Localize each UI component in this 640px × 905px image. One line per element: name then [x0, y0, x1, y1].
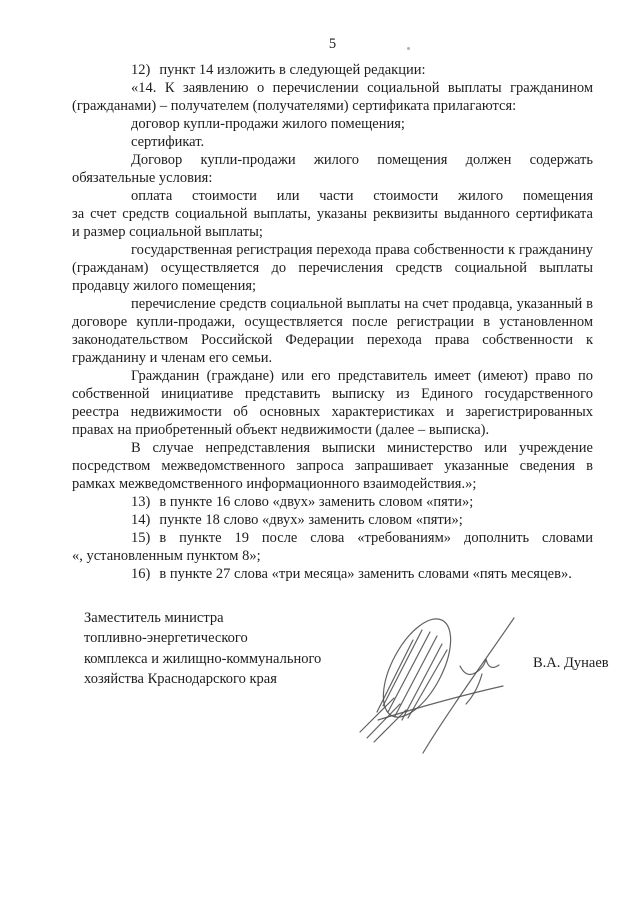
scan-artifact-dot [407, 47, 410, 50]
doc-line: договор купли-продажи жилого помещения; [72, 115, 593, 133]
doc-line: (гражданам) осуществляется до перечислен… [72, 259, 593, 277]
handwritten-signature-icon [350, 604, 525, 759]
doc-line: собственной инициативе представить выпис… [72, 385, 593, 403]
signer-title: Заместитель министра топливно-энергетиче… [84, 608, 364, 689]
doc-line: в пункте 27 слова «три месяца» заменить … [159, 566, 572, 582]
list-item-12: 12)пункт 14 изложить в следующей редакци… [72, 61, 593, 79]
doc-line: пункте 18 слово «двух» заменить словом «… [159, 512, 462, 528]
list-item-16: 16)в пункте 27 слова «три месяца» замени… [72, 565, 593, 583]
doc-line: продавцу жилого помещения; [72, 277, 593, 295]
doc-line: пункт 14 изложить в следующей редакции: [159, 62, 425, 78]
doc-line: реестра недвижимости об основных характе… [72, 403, 593, 421]
doc-line: рамках межведомственного информационного… [72, 475, 593, 493]
signer-title-line: комплекса и жилищно-коммунального [84, 649, 364, 669]
doc-line: правах на приобретенный объект недвижимо… [72, 421, 593, 439]
doc-line: (гражданами) – получателем (получателями… [72, 97, 593, 115]
doc-line: государственная регистрация перехода пра… [72, 241, 593, 259]
doc-line: В случае непредставления выписки министе… [72, 439, 593, 457]
doc-line: Гражданин (граждане) или его представите… [72, 367, 593, 385]
list-item-14: 14)пункте 18 слово «двух» заменить слово… [72, 511, 593, 529]
doc-line: посредством межведомственного запроса за… [72, 457, 593, 475]
doc-line: в пункте 19 после слова «требованиям» до… [159, 530, 593, 546]
doc-line: сертификат. [72, 133, 593, 151]
doc-line: Договор купли-продажи жилого помещения д… [72, 151, 593, 169]
doc-line: «14. К заявлению о перечислении социальн… [72, 79, 593, 97]
doc-line: в пункте 16 слово «двух» заменить словом… [159, 494, 473, 510]
doc-line: оплата стоимости или части стоимости жил… [72, 187, 593, 205]
doc-line: законодательством Российской Федерации п… [72, 331, 593, 349]
item-number: 15) [131, 530, 150, 546]
doc-line: гражданину и членам его семьи. [72, 349, 593, 367]
page-number: 5 [72, 36, 593, 53]
doc-line: перечисление средств социальной выплаты … [72, 295, 593, 313]
doc-line: обязательные условия: [72, 169, 593, 187]
item-number: 14) [131, 512, 150, 528]
doc-line: договоре купли-продажи, осуществляется п… [72, 313, 593, 331]
signer-title-line: топливно-энергетического [84, 628, 364, 648]
doc-line: «, установленным пунктом 8»; [72, 547, 593, 565]
signer-name: В.А. Дунаев [533, 655, 609, 672]
list-item-13: 13)в пункте 16 слово «двух» заменить сло… [72, 493, 593, 511]
signer-title-line: Заместитель министра [84, 608, 364, 628]
item-number: 16) [131, 566, 150, 582]
item-number: 12) [131, 62, 150, 78]
list-item-15: 15)в пункте 19 после слова «требованиям»… [72, 529, 593, 547]
item-number: 13) [131, 494, 150, 510]
doc-line: за счет средств социальной выплаты, указ… [72, 205, 593, 223]
doc-line: и размер социальной выплаты; [72, 223, 593, 241]
signer-title-line: хозяйства Краснодарского края [84, 669, 364, 689]
document-body: 12)пункт 14 изложить в следующей редакци… [72, 61, 593, 583]
